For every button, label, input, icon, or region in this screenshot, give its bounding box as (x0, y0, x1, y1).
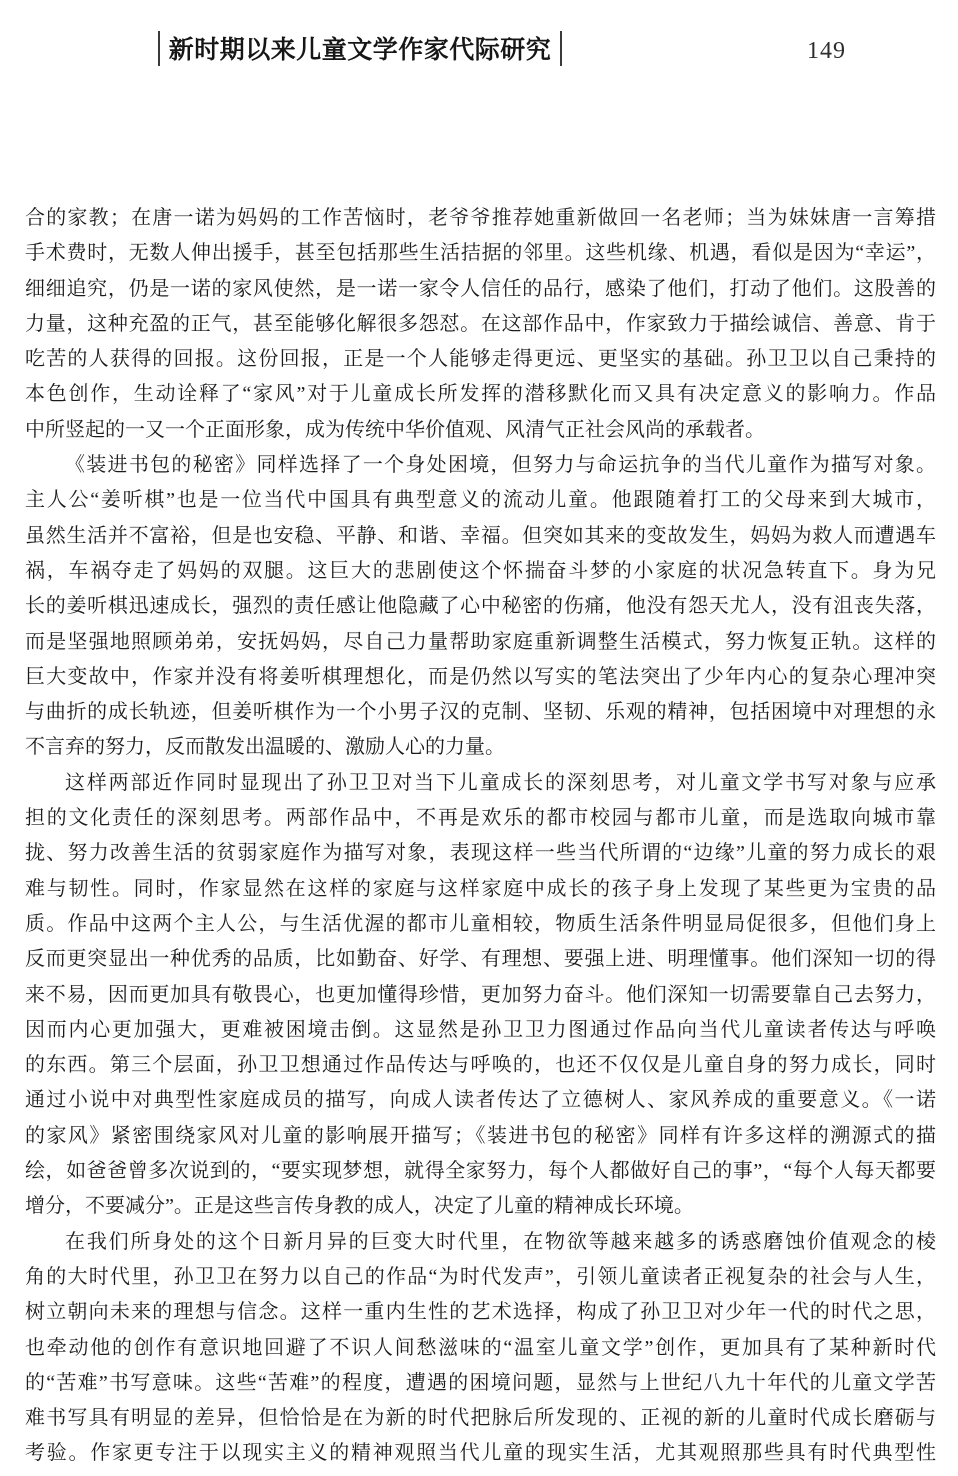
text-line: 在我们所身处的这个日新月异的巨变大时代里，在物欲等越来越多的诱惑磨蚀价值观念的棱 (25, 1225, 936, 1260)
text-line: 树立朝向未来的理想与信念。这样一重内生性的艺术选择，构成了孙卫卫对少年一代的时代… (25, 1295, 936, 1330)
text-line: 中所竖起的一又一个正面形象，成为传统中华价值观、风清气正社会风尚的承载者。 (25, 413, 936, 448)
text-line: 的家风》紧密围绕家风对儿童的影响展开描写；《装进书包的秘密》同样有许多这样的溯源… (25, 1119, 936, 1154)
text-line: 本色创作，生动诠释了“家风”对于儿童成长所发挥的潜移默化而又具有决定意义的影响力… (25, 377, 936, 412)
text-line: 不言弃的努力，反而散发出温暖的、激励人心的力量。 (25, 730, 936, 765)
text-line: 难与韧性。同时，作家显然在这样的家庭与这样家庭中成长的孩子身上发现了某些更为宝贵… (25, 872, 936, 907)
running-head: 新时期以来儿童文学作家代际研究 (0, 30, 720, 66)
header-rule-left (158, 31, 160, 66)
text-line: 巨大变故中，作家并没有将姜听棋理想化，而是仍然以写实的笔法突出了少年内心的复杂心… (25, 660, 936, 695)
text-line: 的东西。第三个层面，孙卫卫想通过作品传达与呼唤的，也还不仅仅是儿童自身的努力成长… (25, 1048, 936, 1083)
text-line: 的“苦难”书写意味。这些“苦难”的程度，遭遇的困境问题，显然与上世纪八九十年代的… (25, 1366, 936, 1401)
text-line: 细细追究，仍是一诺的家风使然，是一诺一家令人信任的品行，感染了他们，打动了他们。… (25, 272, 936, 307)
text-line: 担的文化责任的深刻思考。两部作品中，不再是欢乐的都市校园与都市儿童，而是选取向城… (25, 801, 936, 836)
text-line: 手术费时，无数人伸出援手，甚至包括那些生活拮据的邻里。这些机缘、机遇，看似是因为… (25, 236, 936, 271)
page-header: 新时期以来儿童文学作家代际研究 149 (0, 0, 958, 90)
text-line: 力量，这种充盈的正气，甚至能够化解很多怨怼。在这部作品中，作家致力于描绘诚信、善… (25, 307, 936, 342)
page-body: 合的家教；在唐一诺为妈妈的工作苦恼时，老爷爷推荐她重新做回一名老师；当为妹妹唐一… (25, 201, 936, 1472)
page-number: 149 (807, 38, 846, 65)
text-line: 反而更突显出一种优秀的品质，比如勤奋、好学、有理想、要强上进、明理懂事。他们深知… (25, 942, 936, 977)
text-line: 而是坚强地照顾弟弟，安抚妈妈，尽自己力量帮助家庭重新调整生活模式，努力恢复正轨。… (25, 625, 936, 660)
text-line: 这样两部近作同时显现出了孙卫卫对当下儿童成长的深刻思考，对儿童文学书写对象与应承 (25, 766, 936, 801)
header-rule-right (560, 31, 562, 66)
document-page: 新时期以来儿童文学作家代际研究 149 合的家教；在唐一诺为妈妈的工作苦恼时，老… (0, 0, 958, 1476)
text-line: 吃苦的人获得的回报。这份回报，正是一个人能够走得更远、更坚实的基础。孙卫卫以自己… (25, 342, 936, 377)
text-line: 增分，不要减分”。正是这些言传身教的成人，决定了儿童的精神成长环境。 (25, 1189, 936, 1224)
text-line: 质。作品中这两个主人公，与生活优渥的都市儿童相较，物质生活条件明显局促很多，但他… (25, 907, 936, 942)
text-line: 来不易，因而更加具有敬畏心，也更加懂得珍惜，更加努力奋斗。他们深知一切需要靠自己… (25, 978, 936, 1013)
text-line: 《装进书包的秘密》同样选择了一个身处困境，但努力与命运抗争的当代儿童作为描写对象… (25, 448, 936, 483)
text-line: 长的姜听棋迅速成长，强烈的责任感让他隐藏了心中秘密的伤痛，他没有怨天尤人，没有沮… (25, 589, 936, 624)
text-line: 合的家教；在唐一诺为妈妈的工作苦恼时，老爷爷推荐她重新做回一名老师；当为妹妹唐一… (25, 201, 936, 236)
text-line: 与曲折的成长轨迹，但姜听棋作为一个小男子汉的克制、坚韧、乐观的精神，包括困境中对… (25, 695, 936, 730)
text-line: 绘，如爸爸曾多次说到的，“要实现梦想，就得全家努力，每个人都做好自己的事”，“每… (25, 1154, 936, 1189)
text-line: 也牵动他的创作有意识地回避了不识人间愁滋味的“温室儿童文学”创作，更加具有了某种… (25, 1331, 936, 1366)
text-line: 主人公“姜听棋”也是一位当代中国具有典型意义的流动儿童。他跟随着打工的父母来到大… (25, 483, 936, 518)
text-line: 难书写具有明显的差异，但恰恰是在为新的时代把脉后所发现的、正视的新的儿童时代成长… (25, 1401, 936, 1436)
text-line: 因而内心更加强大，更难被困境击倒。这显然是孙卫卫力图通过作品向当代儿童读者传达与… (25, 1013, 936, 1048)
text-line: 虽然生活并不富裕，但是也安稳、平静、和谐、幸福。但突如其来的变故发生，妈妈为救人… (25, 519, 936, 554)
text-line: 拢、努力改善生活的贫弱家庭作为描写对象，表现这样一些当代所谓的“边缘”儿童的努力… (25, 836, 936, 871)
text-line: 考验。作家更专注于以现实主义的精神观照当代儿童的现实生活，尤其观照那些具有时代典… (25, 1436, 936, 1471)
text-line: 角的大时代里，孙卫卫在努力以自己的作品“为时代发声”，引领儿童读者正视复杂的社会… (25, 1260, 936, 1295)
running-head-title: 新时期以来儿童文学作家代际研究 (169, 30, 552, 66)
text-line: 祸，车祸夺走了妈妈的双腿。这巨大的悲剧使这个怀揣奋斗梦的小家庭的状况急转直下。身… (25, 554, 936, 589)
text-line: 通过小说中对典型性家庭成员的描写，向成人读者传达了立德树人、家风养成的重要意义。… (25, 1083, 936, 1118)
